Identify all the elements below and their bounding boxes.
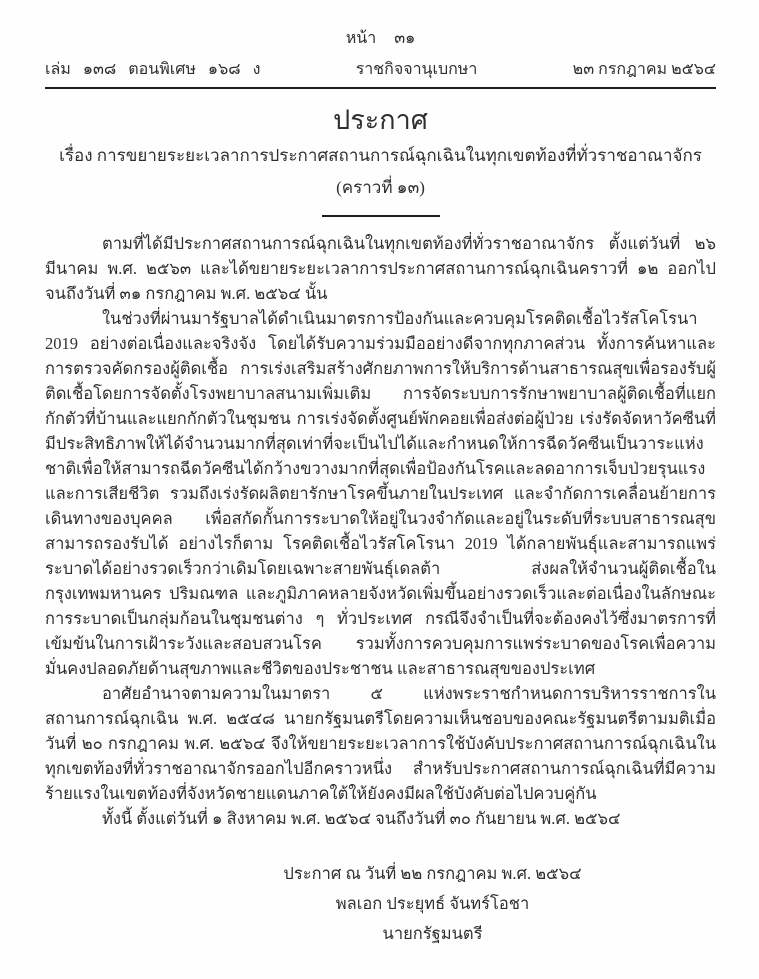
- part-number: ๑๖๘: [208, 61, 241, 78]
- body-paragraph-2: ในช่วงที่ผ่านมารัฐบาลได้ดำเนินมาตรการป้อ…: [45, 306, 716, 681]
- signature-block: ประกาศ ณ วันที่ ๒๒ กรกฎาคม พ.ศ. ๒๕๖๔ พลเ…: [45, 859, 716, 949]
- page-label: หน้า: [346, 30, 376, 47]
- title-block: ประกาศ เรื่อง การขยายระยะเวลาการประกาศสถ…: [45, 105, 716, 217]
- title-divider-rule: [322, 215, 440, 217]
- volume-label: เล่ม: [45, 61, 71, 78]
- part-label: ตอนพิเศษ: [128, 61, 196, 78]
- gazette-page: หน้า๓๑ เล่ม๑๓๘ตอนพิเศษ๑๖๘ง ราชกิจจานุเบก…: [0, 0, 759, 979]
- book-letter: ง: [253, 61, 261, 78]
- signer-name: พลเอก ประยุทธ์ จันทร์โอชา: [149, 889, 716, 919]
- document-body: ตามที่ได้มีประกาศสถานการณ์ฉุกเฉินในทุกเข…: [45, 231, 716, 831]
- masthead: หน้า๓๑ เล่ม๑๓๘ตอนพิเศษ๑๖๘ง ราชกิจจานุเบก…: [45, 26, 716, 89]
- signature-date-line: ประกาศ ณ วันที่ ๒๒ กรกฎาคม พ.ศ. ๒๕๖๔: [149, 859, 716, 889]
- gazette-name: ราชกิจจานุเบกษา: [260, 57, 572, 82]
- document-subject: เรื่อง การขยายระยะเวลาการประกาศสถานการณ์…: [45, 142, 716, 169]
- masthead-rule: [45, 87, 716, 89]
- body-paragraph-4: ทั้งนี้ ตั้งแต่วันที่ ๑ สิงหาคม พ.ศ. ๒๕๖…: [45, 806, 716, 831]
- page-number-line: หน้า๓๑: [45, 26, 716, 51]
- volume-number: ๑๓๘: [83, 61, 116, 78]
- signer-title: นายกรัฐมนตรี: [149, 919, 716, 949]
- masthead-info-line: เล่ม๑๓๘ตอนพิเศษ๑๖๘ง ราชกิจจานุเบกษา ๒๓ ก…: [45, 57, 716, 82]
- page-number: ๓๑: [394, 30, 415, 47]
- body-paragraph-3: อาศัยอำนาจตามความในมาตรา ๕ แห่งพระราชกำห…: [45, 681, 716, 806]
- gazette-date: ๒๓ กรกฎาคม ๒๕๖๔: [573, 57, 716, 82]
- volume-part-info: เล่ม๑๓๘ตอนพิเศษ๑๖๘ง: [45, 57, 260, 82]
- document-instance-number: (คราวที่ ๑๓): [45, 174, 716, 201]
- body-paragraph-1: ตามที่ได้มีประกาศสถานการณ์ฉุกเฉินในทุกเข…: [45, 231, 716, 306]
- document-heading: ประกาศ: [45, 105, 716, 135]
